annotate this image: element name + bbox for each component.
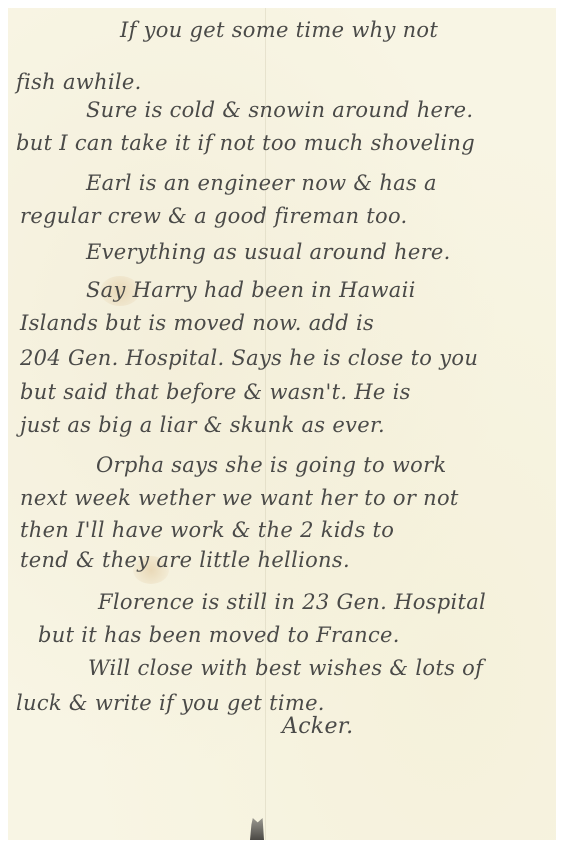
letter-line-19: Will close with best wishes & lots of: [88, 656, 483, 680]
letter-line-12: just as big a liar & skunk as ever.: [20, 413, 385, 437]
letter-line-18: but it has been moved to France.: [38, 623, 400, 647]
letter-line-8: Say Harry had been in Hawaii: [86, 278, 416, 302]
letter-line-9: Islands but is moved now. add is: [20, 311, 374, 335]
letter-line-2: fish awhile.: [16, 70, 142, 94]
letter-line-16: tend & they are little hellions.: [20, 548, 350, 572]
letter-line-17: Florence is still in 23 Gen. Hospital: [98, 590, 486, 614]
letter-line-10: 204 Gen. Hospital. Says he is close to y…: [20, 346, 478, 370]
letter-line-3: Sure is cold & snowin around here.: [86, 98, 473, 122]
letter-line-1: If you get some time why not: [120, 18, 438, 42]
letter-line-6: regular crew & a good fireman too.: [20, 204, 408, 228]
letter-line-20: luck & write if you get time.: [16, 691, 325, 715]
letter-line-11: but said that before & wasn't. He is: [20, 380, 411, 404]
letter-line-13: Orpha says she is going to work: [96, 453, 447, 477]
letter-line-4: but I can take it if not too much shovel…: [16, 131, 475, 155]
letter-line-15: then I'll have work & the 2 kids to: [20, 518, 394, 542]
letter-line-7: Everything as usual around here.: [86, 240, 451, 264]
letter-signature: Acker.: [282, 714, 353, 739]
letter-page: If you get some time why not fish awhile…: [8, 8, 556, 840]
letter-line-14: next week wether we want her to or not: [20, 486, 459, 510]
letter-line-5: Earl is an engineer now & has a: [86, 171, 437, 195]
